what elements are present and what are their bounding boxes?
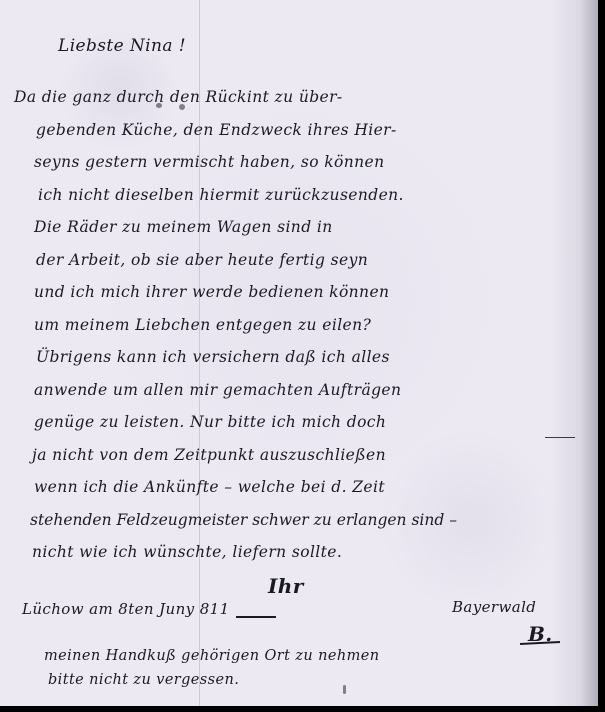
letter-dateline: Lüchow am 8ten Juny 811 <box>22 600 230 618</box>
body-line: nicht wie ich wünschte, liefern sollte. <box>32 543 342 561</box>
date-underline <box>236 616 276 618</box>
postscript-line: meinen Handkuß gehörigen Ort zu nehmen <box>44 648 379 664</box>
body-line: ja nicht von dem Zeitpunkt auszuschließe… <box>32 446 386 464</box>
body-line: genüge zu leisten. Nur bitte ich mich do… <box>34 413 386 431</box>
line-end-dash <box>545 437 575 438</box>
postscript-line: bitte nicht zu vergessen. <box>48 672 239 688</box>
body-line: um meinem Liebchen entgegen zu eilen? <box>34 316 371 334</box>
body-line: stehenden Feldzeugmeister schwer zu erla… <box>30 511 457 529</box>
scan-edge-shadow <box>580 0 598 706</box>
body-line: seyns gestern vermischt haben, so können <box>34 153 385 171</box>
letter-signature: Bayerwald <box>452 598 536 616</box>
letter-page: Liebste Nina ! Da die ganz durch den Rüc… <box>0 0 598 706</box>
body-line: Die Räder zu meinem Wagen sind in <box>34 218 333 236</box>
ink-dot <box>343 685 346 694</box>
body-line: gebenden Küche, den Endzweck ihres Hier- <box>36 121 397 139</box>
body-line: ich nicht dieselben hiermit zurückzusend… <box>38 186 404 204</box>
letter-greeting: Liebste Nina ! <box>58 36 186 56</box>
body-line: und ich mich ihrer werde bedienen können <box>34 283 389 301</box>
body-line: Da die ganz durch den Rückint zu über- <box>14 88 343 106</box>
letter-closing: Ihr <box>268 574 304 598</box>
body-line: wenn ich die Ankünfte – welche bei d. Ze… <box>34 478 385 496</box>
body-line: Übrigens kann ich versichern daß ich all… <box>36 348 390 366</box>
body-line: anwende um allen mir gemachten Aufträgen <box>34 381 401 399</box>
body-line: der Arbeit, ob sie aber heute fertig sey… <box>36 251 368 269</box>
